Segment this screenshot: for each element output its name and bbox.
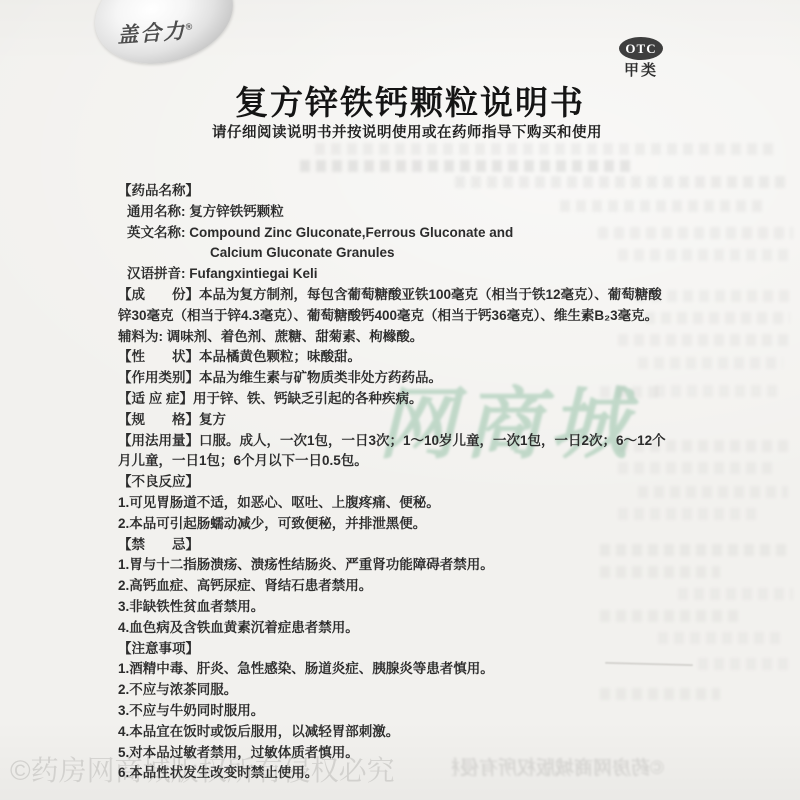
body-line: 3.不应与牛奶同时服用。 [118,701,678,722]
body-line: 【性 状】本品橘黄色颗粒；味酸甜。 [118,347,678,368]
bleed-through-mark [315,143,775,155]
body-line: 通用名称: 复方锌铁钙颗粒 [127,202,678,223]
otc-badge-label: OTC [625,41,656,57]
body-line: 【不良反应】 [118,472,678,493]
body-line: 1.胃与十二指肠溃疡、溃疡性结肠炎、严重肾功能障碍者禁用。 [118,555,678,576]
document-title: 复方锌铁钙颗粒说明书 [0,77,800,124]
body-line: 【注意事项】 [118,639,678,660]
leaflet-body-text: 【药品名称】通用名称: 复方锌铁钙颗粒英文名称: Compound Zinc G… [118,181,678,784]
otc-badge: OTC [619,37,663,60]
body-line: 【适 应 症】用于锌、铁、钙缺乏引起的各种疾病。 [118,389,678,410]
brand-name: 盖合力 [116,20,186,48]
body-line: 6.本品性状发生改变时禁止使用。 [118,763,678,784]
body-line: 2.不应与浓茶同服。 [118,680,678,701]
body-line: 2.高钙血症、高钙尿症、肾结石患者禁用。 [118,576,678,597]
registered-trademark-symbol: ® [185,21,192,31]
body-line: 【成 份】本品为复方制剂，每包含葡萄糖酸亚铁100毫克（相当于铁12毫克）、葡萄… [118,285,678,306]
body-line: 4.本品宜在饭时或饭后服用，以减轻胃部刺激。 [118,722,678,743]
bleed-through-mark [698,658,788,670]
body-line: 2.本品可引起肠蠕动减少，可致便秘，并排泄黑便。 [118,514,678,535]
document-subtitle: 请仔细阅读说明书并按说明使用或在药师指导下购买和使用 [0,121,800,142]
body-line: 【规 格】复方 [118,410,678,431]
body-line: 【作用类别】本品为维生素与矿物质类非处方药药品。 [118,368,678,389]
body-line: 辅料为: 调味剂、着色剂、蔗糖、甜菊素、枸橼酸。 [118,327,678,348]
body-line: 【用法用量】口服。成人，一次1包，一日3次；1～10岁儿童，一次1包，一日2次；… [118,431,678,452]
bleed-through-mark [300,160,630,172]
bleed-through-mark [678,588,793,600]
body-line: Calcium Gluconate Granules [210,243,678,264]
body-line: 【药品名称】 [118,181,678,202]
body-line: 5.对本品过敏者禁用，过敏体质者慎用。 [118,743,678,764]
leaflet-scan-page: 网商城 ©药房网商城版权所有侵权必究 ©药房网商城版权所有侵权必究 盖合力® O… [0,0,800,800]
body-line: 锌30毫克（相当于锌4.3毫克）、葡萄糖酸钙400毫克（相当于钙36毫克）、维生… [118,306,678,327]
body-line: 【禁 忌】 [118,535,678,556]
body-line: 1.酒精中毒、肝炎、急性感染、肠道炎症、胰腺炎等患者慎用。 [118,659,678,680]
body-line: 月儿童，一日1包；6个月以下一日0.5包。 [118,451,678,472]
body-line: 4.血色病及含铁血黄素沉着症患者禁用。 [118,618,678,639]
body-line: 英文名称: Compound Zinc Gluconate,Ferrous Gl… [127,223,678,244]
body-line: 3.非缺铁性贫血者禁用。 [118,597,678,618]
body-line: 汉语拼音: Fufangxintiegai Keli [127,264,678,285]
brand-logo-text: 盖合力® [116,14,194,49]
body-line: 1.可见胃肠道不适，如恶心、呕吐、上腹疼痛、便秘。 [118,493,678,514]
